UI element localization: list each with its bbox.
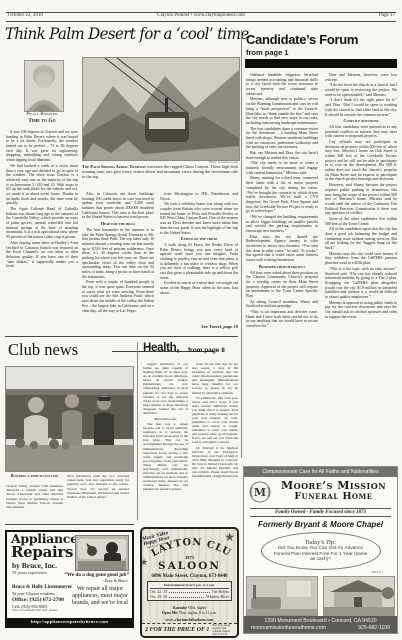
tip-text: Did You Know You Can Get An Advance Fune… [271,546,371,564]
funeral-footer: 1390 Monument Boulevard • Concord, CA 94… [244,616,397,633]
appliance-residents: 36 year Clayton residents [12,591,55,596]
article-paragraph: None of the other candidates live within… [325,217,397,226]
article-paragraph: We took a celebrity home tour along with… [160,202,238,235]
health-title: Health, [143,342,179,354]
article-paragraph: “I don’t think it’s the right place for … [325,98,397,117]
article-paragraph: Shuey, running for a third term, counter… [246,176,318,214]
article-paragraph: “We’ve changed the building requirements… [246,215,318,234]
health-divider-rule [137,342,138,520]
tram-photo-caption: The Palm Springs Aerial Tramway traverse… [82,165,238,190]
open-mic-rest: Thur. nights, 8 to 11 p.m. [179,611,217,615]
byline-name: Peggy Bidondo [2,112,82,117]
karaoke-label: Karaoke [173,606,187,610]
dotted-leader [169,597,204,598]
health-subtitle: from page 8 [188,347,225,354]
listing-act: The Relyks [212,590,229,594]
funeral-phone: 925-682-1100 [358,625,390,631]
article-paragraph: The best way to defeat bacteria and to a… [143,422,188,491]
entertainment-header: Entertainment from 9 p.m. to 1 a.m. [150,583,229,589]
article-paragraph: The four candidates share a common visio… [246,127,318,150]
club-bottom-rule [5,524,134,525]
masthead-rule-bottom [6,21,396,22]
appliance-owners: Bruce & Holly Linsenmeyer [12,585,72,590]
travel-headline: Think Palm Desert for a ‘cool’ time [5,24,224,43]
article-paragraph: Diaz says the city should use Redevelopm… [246,235,318,263]
clayton-club-saloon-ad: Music Video Happy Hour Mondays 5 to 8 p.… [140,527,239,638]
saloon-url: www.claytonclubsaloon.com [142,617,237,622]
article-paragraph: Even with a couple of hundred people at … [82,280,154,313]
article-paragraph: Mertens is opposed to using public funds… [325,301,397,320]
appliance-quote-by: - Zoey & Bruce [56,578,128,583]
article-paragraph: City officials may not participate in de… [325,140,397,182]
appliance-ad-title-3: by Bruce, Inc. [12,561,57,570]
article-paragraph: Dr. Kimball is the Medical Director of t… [192,446,238,479]
svg-text:CLAYTON CLUB: CLAYTON CLUB [149,534,233,557]
article-subhead: Conflict questions [325,119,397,124]
listing-row: Oct. 29, 30 Whiskey River [150,595,229,599]
saloon-address: 6096 Main Street, Clayton, 673-0440 [142,574,237,579]
garden-club-photo-art [6,367,133,471]
appliance-office-phone: Office: (925) 672-2700 [12,597,64,603]
appliance-license: State of California B.E.A.R. license [12,609,68,613]
garden-club-photo [5,366,134,472]
todays-tip-oval: Today’s Tip: Did You Know You Can Get An… [261,532,381,570]
listing-row: Oct. 22, 23 The Relyks [150,590,229,594]
listing-date: Oct. 29, 30 [150,595,167,599]
club-caption-head: Building a path to success [6,474,63,478]
appliance-ad-title-2: Repairs [11,545,73,560]
continuation-line: See Travel, page 18 [160,324,238,329]
funeral-address: 1390 Monument Boulevard • Concord, CA 94… [244,618,397,624]
article-paragraph: It was 100 degrees in Clayton and we wer… [6,130,78,163]
health-column-1: require antibiotics as our bodies are qu… [143,362,188,520]
funeral-website: mooresmissionfuneralhome.com [251,625,326,631]
photo-credit: Photo: pstramway.com [82,160,238,164]
monogram-letter: M [254,486,266,499]
columnist-photo-art [25,61,63,111]
forum-column-2: Diaz and Mertens, however, were less ret… [325,73,397,459]
appliance-repairs-ad: Appliance Repairs by Bruce, Inc. 35 year… [5,530,134,628]
article-paragraph: Mertens says the city could save money i… [325,252,397,266]
article-paragraph: tions. In our own day we are also seeing… [192,362,238,395]
tram-photo [82,57,240,161]
karaoke-line: Karaoke Wed. nights [142,606,237,610]
bruce-and-dog-photo [75,535,129,571]
funeral-tagline: Family Owned - Family Focused since 1873 [250,508,391,517]
open-mic-label: Open Mic [162,611,178,615]
health-column-2: tions. In our own day we are also seeing… [192,362,238,520]
karaoke-rest: Wed. nights [188,606,206,610]
section-rule [5,336,238,337]
article-subhead: Proposed church project [246,265,318,270]
funeral-name-row: M Moore’s Mission Funeral Home [244,477,397,507]
fd-license: FD #171 [244,570,383,574]
wreath-monogram-icon: M [249,481,271,503]
funeral-contact-row: mooresmissionfuneralhome.com 925-682-110… [244,624,397,631]
article-paragraph: As sitting Council members, Shuey and St… [246,300,318,309]
article-paragraph: “I do not favor the church as a church, … [325,83,397,97]
bruce-photo-art [76,536,128,570]
forum-black-bar [245,59,397,68]
article-subhead: Prevention is key [143,417,188,421]
article-paragraph: The Agua Caliente Band of Cahuilla India… [6,207,78,240]
funeral-formerly: Formerly Bryant & Moore Chapel [244,520,397,529]
saloon-name-text: CLAYTON CLUB [149,534,233,557]
columnist-photo [24,60,64,112]
masthead-page-number: Page 17 [379,13,395,18]
appliance-url: http://appliancerepairsbybruce.com [7,618,132,626]
club-caption-col1: Clayton Valley Garden Club members deliv… [6,484,63,522]
article-paragraph: All of the candidates agree that the cit… [325,227,397,250]
masthead-paper-name: Clayton Pioneer • www.claytonpioneer.com [0,13,402,18]
funeral-name-block: Moore’s Mission Funeral Home [272,480,395,503]
chapel-exterior-photo [323,576,395,616]
article-paragraph: After buying some dates at Hadley’s Frui… [6,241,78,269]
travel-column-2: Also in Cabazon are three buildings hous… [82,192,154,334]
saloon-arc-name: CLAYTON CLUB [149,534,234,557]
open-mic-line: Open Mic Thur. nights, 8 to 11 p.m. [142,611,237,615]
travel-column-1: It was 100 degrees in Clayton and we wer… [6,130,78,334]
funeral-photos [244,576,397,616]
article-paragraph: “This is a hot topic with no easy answer… [325,267,397,300]
article-paragraph: To summarize, talk with your doctor and … [192,396,238,445]
tip-title: Today’s Tip: [305,539,337,546]
article-paragraph: require antibiotics as our bodies are qu… [143,362,188,415]
entertainment-box: Entertainment from 9 p.m. to 1 a.m. Oct.… [147,581,232,601]
article-paragraph: Diaz and Mertens, however, were less ret… [325,73,397,82]
club-news-title: Club news [8,340,78,360]
listing-date: Oct. 22, 23 [150,590,167,594]
article-paragraph: But, say Mertens and Diaz, the city hasn… [246,151,318,160]
article-paragraph: Mertens, although new to politics, serve… [246,97,318,125]
newspaper-page: October 22, 2010 Clayton Pioneer • www.c… [0,0,402,640]
article-paragraph: All four were asked about their position… [246,271,318,299]
article-paragraph: “This is an important and divisive issue… [246,310,318,329]
column-divider-rule [241,30,242,458]
appliance-services: We repair all major appliances, most maj… [70,586,130,607]
article-paragraph: All four candidates were quizzed as to a… [325,125,397,139]
article-paragraph: However, said Shuey, because the project… [325,183,397,216]
club-caption-col2: Neal Richmond built the two elevated rai… [67,474,129,522]
tram-photo-art [83,58,239,160]
coupon-offer: 2 FOR THE PRICE OF 1 [145,627,209,633]
article-subhead: Eating on the cheap [160,237,238,242]
forum-title: Candidate’s Forum [246,32,358,47]
chapel-interior-photo [246,576,318,616]
article-paragraph: We had booked a week at a resort more th… [6,164,78,206]
article-paragraph: from Washington to JFK, Eisenhower and N… [160,192,238,201]
article-paragraph: Also in Cabazon are three buildings hous… [82,192,154,220]
forum-subtitle: from page 1 [246,48,289,57]
article-paragraph: The best barometer in the summer is to t… [82,228,154,280]
article-subhead: Head for the hills [82,222,154,227]
article-paragraph: A walk along El Paseo, the Rodeo Drive o… [160,243,238,281]
funeral-home-ad: Compassionate Care for All Faiths and Na… [243,466,398,634]
article-paragraph: “The city needs to do more to create a b… [246,161,318,175]
coupon-strip: 2 FOR THE PRICE OF 1 Beer only. Good any… [142,623,237,636]
byline-column-title: Time to Go [2,118,82,124]
coupon-terms: Beer only. Good anytime with original co… [212,624,234,636]
dotted-leader [169,592,210,593]
article-paragraph: Oakhurst landslide litigation. Stratford… [246,73,318,96]
travel-column-3: from Washington to JFK, Eisenhower and N… [160,192,238,320]
article-paragraph: Foodies in search of a meal deal, we sou… [160,281,238,295]
forum-column-1: Oakhurst landslide litigation. Stratford… [246,73,318,459]
saloon-word: SALOON [142,560,237,572]
funeral-banner: Compassionate Care for All Faiths and Na… [244,467,397,477]
listing-act: Whiskey River [206,595,229,599]
appliance-experience: 35 years experience [12,570,47,575]
funeral-name-line2: Funeral Home [272,492,395,502]
